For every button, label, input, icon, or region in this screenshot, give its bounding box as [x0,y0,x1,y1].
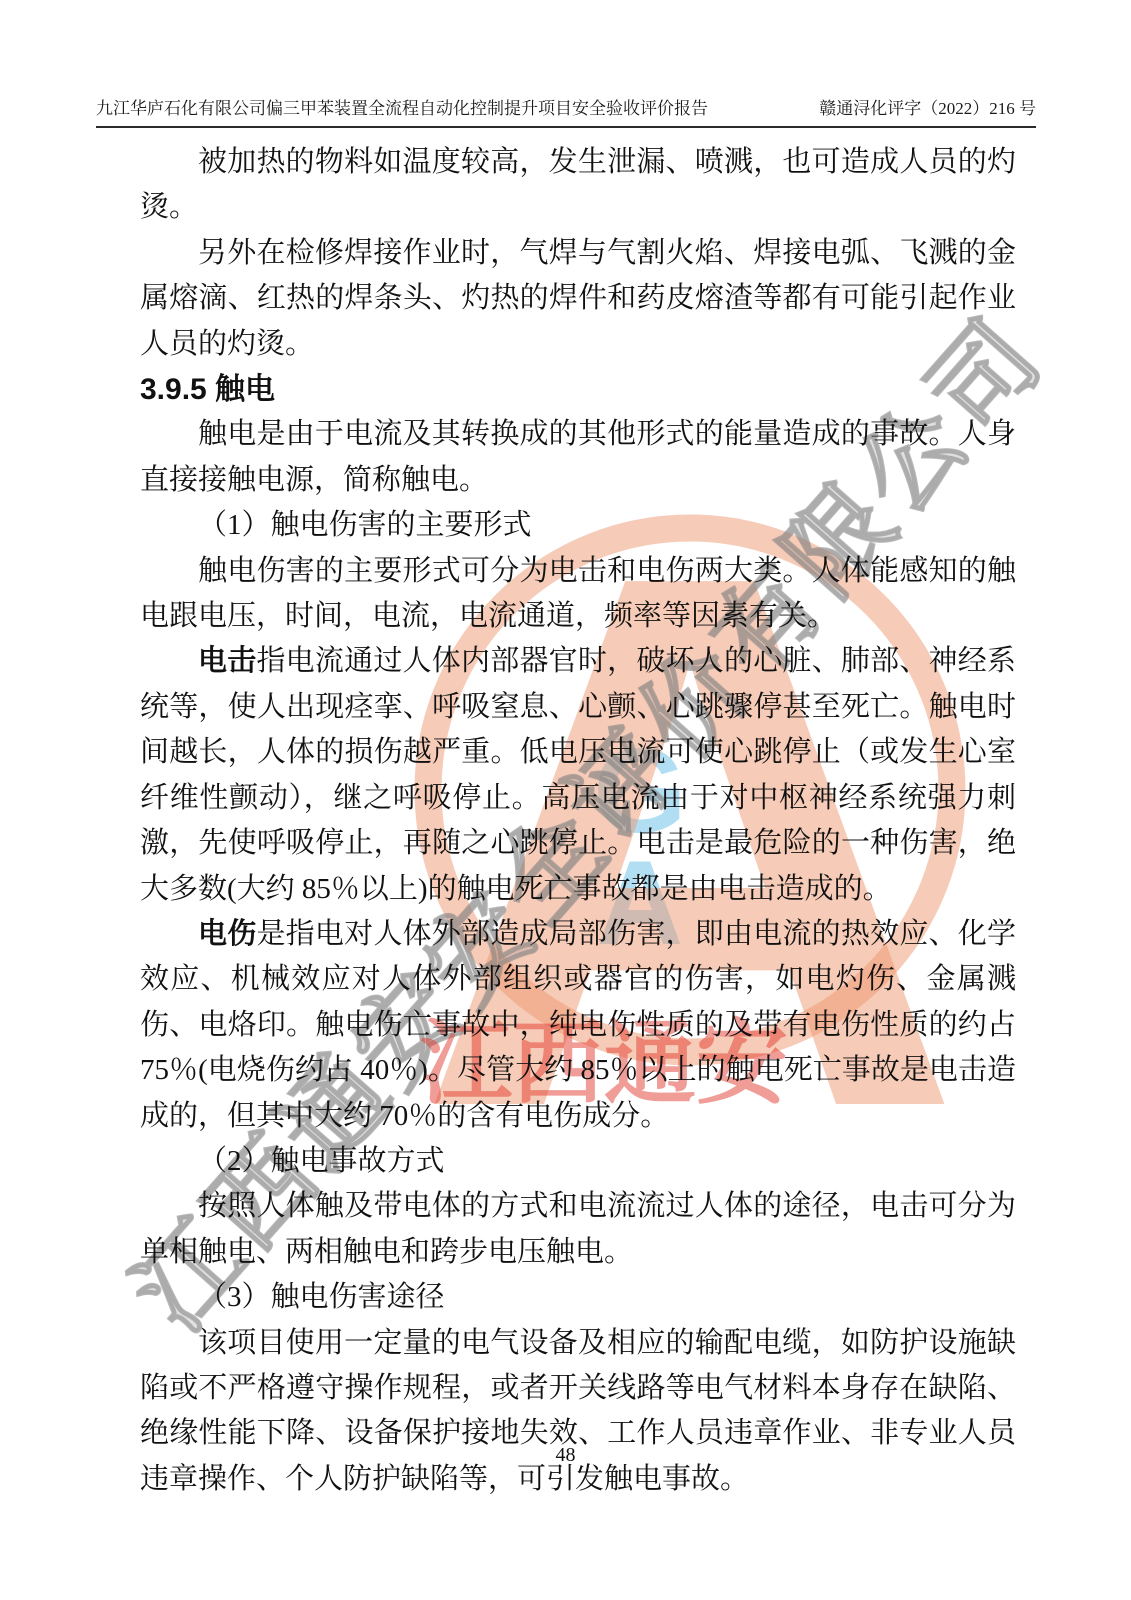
page-number: 48 [0,1444,1131,1467]
term-electric-injury: 电伤 [198,918,256,950]
paragraph-electric-shock-text: 指电流通过人体内部器官时，破坏人的心脏、肺部、神经系统等，使人出现痉挛、呼吸窒息… [140,645,1016,904]
list-item-2: （2）触电事故方式 [140,1139,1016,1184]
paragraph-electric-injury: 电伤是指电对人体外部造成局部伤害，即由电流的热效应、化学效应、机械效应对人体外部… [140,912,1016,1139]
section-heading-3-9-5: 3.9.5 触电 [140,367,1016,412]
paragraph-electric-injury-text: 是指电对人体外部造成局部伤害，即由电流的热效应、化学效应、机械效应对人体外部组织… [140,918,1016,1132]
term-electric-shock: 电击 [198,645,256,677]
paragraph-scald-1: 被加热的物料如温度较高，发生泄漏、喷溅，也可造成人员的灼烫。 [140,140,1016,231]
paragraph-shock-paths: 该项目使用一定量的电气设备及相应的输配电缆，如防护设施缺陷或不严格遵守操作规程，… [140,1321,1016,1503]
paragraph-shock-modes: 按照人体触及带电体的方式和电流流过人体的途径，电击可分为单相触电、两相触电和跨步… [140,1184,1016,1275]
report-header: 九江华庐石化有限公司偏三甲苯装置全流程自动化控制提升项目安全验收评价报告 赣通浔… [96,94,1036,128]
report-doc-number: 赣通浔化评字（2022）216 号 [819,94,1036,119]
paragraph-electric-shock: 电击指电流通过人体内部器官时，破坏人的心脏、肺部、神经系统等，使人出现痉挛、呼吸… [140,639,1016,911]
document-page: G A A 江西通安安全评价有限公司 江西通安 九江华庐石化有限公司偏三甲苯装置… [0,0,1131,1600]
document-body: 被加热的物料如温度较高，发生泄漏、喷溅，也可造成人员的灼烫。 另外在检修焊接作业… [140,140,1016,1502]
paragraph-shock-forms: 触电伤害的主要形式可分为电击和电伤两大类。人体能感知的触电跟电压，时间，电流，电… [140,549,1016,640]
list-item-1: （1）触电伤害的主要形式 [140,503,1016,548]
report-title: 九江华庐石化有限公司偏三甲苯装置全流程自动化控制提升项目安全验收评价报告 [96,94,708,119]
paragraph-shock-intro: 触电是由于电流及其转换成的其他形式的能量造成的事故。人身直接接触电源，简称触电。 [140,412,1016,503]
list-item-3: （3）触电伤害途径 [140,1275,1016,1320]
paragraph-scald-2: 另外在检修焊接作业时，气焊与气割火焰、焊接电弧、飞溅的金属熔滴、红热的焊条头、灼… [140,231,1016,367]
